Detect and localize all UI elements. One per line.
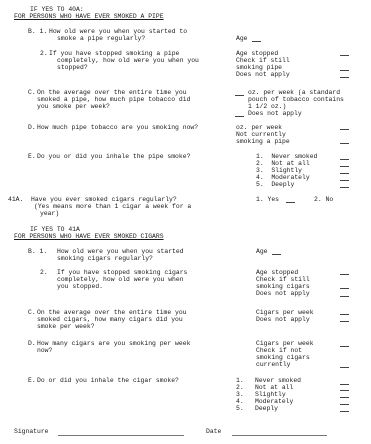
pipe-e-label: E.	[28, 153, 36, 160]
cigar-b2-label: 2.	[40, 269, 48, 276]
cigar-b2-does-not-apply-label: Does not apply	[256, 290, 310, 297]
signature-label: Signature	[14, 428, 49, 435]
cigar-e-question: Do or did you inhale the cigar smoke?	[37, 377, 179, 384]
pipe-c-oz-field[interactable]	[235, 95, 244, 96]
pipe-b2-does-not-apply-label: Does not apply	[236, 71, 290, 78]
pipe-b2-does-not-apply-checkbox[interactable]	[340, 77, 349, 78]
cigar-e-slightly-checkbox[interactable]	[340, 397, 349, 398]
pipe-b2-label: 2.	[40, 50, 48, 57]
cigar-d-per-week-field[interactable]	[340, 346, 349, 347]
cigar-b1-age-label: Age	[256, 248, 268, 255]
pipe-d-not-currently-label2: smoking a pipe	[236, 138, 290, 145]
cigar-e-option-deeply: Deeply	[255, 405, 278, 412]
pipe-d-question: How much pipe tobacco are you smoking no…	[37, 124, 198, 131]
cigar-b1-age-field[interactable]	[272, 254, 281, 255]
cigar-b2-age-stopped-field[interactable]	[340, 274, 349, 275]
cigar-b1-label: B. 1.	[28, 248, 47, 255]
pipe-section-heading: FOR PERSONS WHO HAVE EVER SMOKED A PIPE	[14, 13, 164, 20]
cigar-c-label: C.	[28, 309, 36, 316]
pipe-b1-age-field[interactable]	[252, 41, 261, 42]
cigar-e-moderately-checkbox[interactable]	[340, 404, 349, 405]
pipe-e-option-deeply: 5. Deeply	[256, 181, 294, 188]
q41a-yes-checkbox[interactable]	[286, 202, 295, 203]
cigar-b2-question-line3: you stopped.	[57, 283, 103, 290]
cigar-section-heading: FOR PERSONS WHO HAVE EVER SMOKED CIGARS	[14, 233, 164, 240]
pipe-c-label: C.	[28, 89, 36, 96]
signature-field[interactable]	[58, 435, 184, 436]
pipe-b1-label: B. 1.	[28, 28, 47, 35]
pipe-d-oz-field[interactable]	[340, 129, 349, 130]
cigar-b1-question-line2: smoking cigars regularly?	[57, 255, 153, 262]
q41a-yes-label: 1. Yes	[256, 196, 279, 203]
cigar-d-check-not-label3: currently	[256, 361, 291, 368]
cigar-d-label: D.	[28, 340, 36, 347]
q41a-question-line3: year)	[40, 210, 59, 217]
cigar-b2-does-not-apply-checkbox[interactable]	[340, 296, 349, 297]
pipe-c-question-line3: you smoke per week?	[37, 103, 110, 110]
cigar-c-question-line3: smoke per week?	[37, 323, 95, 330]
date-label: Date	[206, 428, 221, 435]
pipe-c-does-not-apply-checkbox[interactable]	[235, 116, 244, 117]
cigar-e-not-at-all-checkbox[interactable]	[340, 390, 349, 391]
pipe-b2-age-stopped-field[interactable]	[340, 55, 349, 56]
cigar-c-does-not-apply-checkbox[interactable]	[340, 321, 349, 322]
pipe-b1-age-label: Age	[236, 35, 248, 42]
cigar-e-never-checkbox[interactable]	[340, 384, 349, 385]
cigar-d-question-line1: How many cigars are you smoking per week	[37, 340, 190, 347]
cigar-e-label: E.	[28, 377, 36, 384]
pipe-b1-question-line2: smoke a pipe regularly?	[57, 35, 145, 42]
pipe-e-never-checkbox[interactable]	[340, 159, 349, 160]
pipe-d-not-currently-checkbox[interactable]	[340, 143, 349, 144]
cigar-c-does-not-apply-label: Does not apply	[256, 316, 310, 323]
cigar-b2-still-smoking-checkbox[interactable]	[340, 288, 349, 289]
pipe-d-label: D.	[28, 124, 36, 131]
pipe-c-does-not-apply-label: Does not apply	[248, 110, 302, 117]
pipe-e-moderately-checkbox[interactable]	[340, 180, 349, 181]
pipe-b2-question-line3: stopped?	[57, 64, 88, 71]
q41a-label: 41A.	[8, 196, 23, 203]
pipe-e-question: Do you or did you inhale the pipe smoke?	[37, 153, 190, 160]
pipe-e-not-at-all-checkbox[interactable]	[340, 166, 349, 167]
pipe-b2-still-smoking-checkbox[interactable]	[340, 70, 349, 71]
cigar-c-per-week-field[interactable]	[340, 314, 349, 315]
pipe-e-deeply-checkbox[interactable]	[340, 187, 349, 188]
cigar-d-question-line2: now?	[37, 347, 52, 354]
cigar-e-num-5: 5.	[236, 405, 244, 412]
cigar-e-deeply-checkbox[interactable]	[340, 411, 349, 412]
cigar-d-not-currently-checkbox[interactable]	[340, 367, 349, 368]
q41a-no-label[interactable]: 2. No	[314, 196, 333, 203]
date-field[interactable]	[232, 435, 327, 436]
pipe-e-slightly-checkbox[interactable]	[340, 173, 349, 174]
